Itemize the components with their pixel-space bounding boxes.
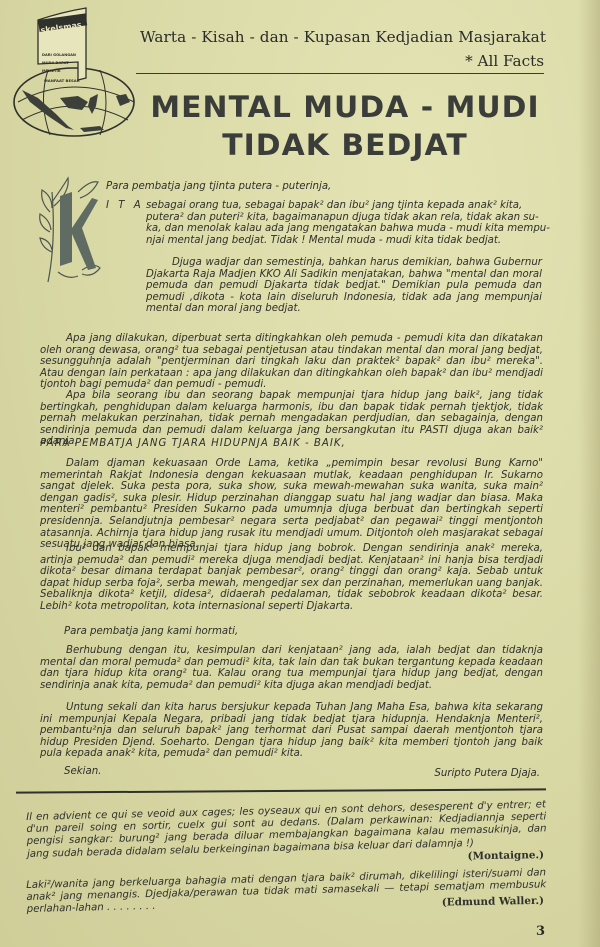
article-paragraph-1: sebagai orang tua, sebagai bapak² dan ib… xyxy=(146,200,542,246)
svg-text:K: K xyxy=(38,172,39,173)
floral-dropcap-k-icon: K xyxy=(38,172,102,284)
article-paragraph-2: Djuga wadjar dan semestinja, bahkan haru… xyxy=(146,257,542,315)
dropcap-continuation: I T A xyxy=(106,200,144,212)
paragraph-line: njai mental jang bedjat. Tidak ! Mental … xyxy=(146,235,542,247)
headline-line-2: TIDAK BEDJAT xyxy=(144,126,546,164)
quote-waller: Laki²/wanita jang berkeluarga bahagia ma… xyxy=(26,867,547,916)
paragraph-line: putera² dan puteri² kita, bagaimanapun d… xyxy=(146,212,542,224)
author-signature: Suripto Putera Djaja. xyxy=(380,768,540,780)
masthead-rule xyxy=(136,73,544,74)
svg-text:DARI GOLANGAN: DARI GOLANGAN xyxy=(42,53,76,57)
article-closing: Sekian. xyxy=(64,766,101,778)
article-paragraph-8: Untung sekali dan kita harus bersjukur k… xyxy=(40,702,543,760)
globe-logo-icon: skelsmas DARI GOLANGAN MUDA DAPAT MEMETI… xyxy=(8,2,138,138)
section-divider xyxy=(16,788,546,793)
article-greeting-2: Para pembatja jang kami hormati, xyxy=(64,626,238,638)
paragraph-line: ka, dan menolak kalau ada jang mengataka… xyxy=(146,223,542,235)
masthead-tagline: Warta - Kisah - dan - Kupasan Kedjadian … xyxy=(140,28,544,46)
article-paragraph-3: Apa jang dilakukan, diperbuat serta diti… xyxy=(40,333,543,391)
page-number: 3 xyxy=(536,924,545,939)
svg-text:MANFAAT BESAR: MANFAAT BESAR xyxy=(44,78,80,83)
article-paragraph-7: Berhubung dengan itu, kesimpulan dari ke… xyxy=(40,645,543,691)
svg-text:MUDA DAPAT: MUDA DAPAT xyxy=(42,61,69,65)
article-paragraph-6: Ibu² dan bapak² mempunjai tjara hidup ja… xyxy=(40,543,543,613)
masthead-subtagline: * All Facts xyxy=(340,52,544,70)
section-heading: PARA PEMBATJA JANG TJARA HIDUPNJA BAIK -… xyxy=(40,438,346,450)
quote-attribution-waller: (Edmund Waller.) xyxy=(410,896,544,910)
quote-attribution-montaigne: (Montaigne.) xyxy=(440,850,544,863)
article-paragraph-5: Dalam djaman kekuasaan Orde Lama, ketika… xyxy=(40,458,543,551)
svg-text:MEMETIK: MEMETIK xyxy=(42,69,61,73)
article-greeting: Para pembatja jang tjinta putera - puter… xyxy=(106,181,331,193)
page-title: MENTAL MUDA - MUDI TIDAK BEDJAT xyxy=(144,88,546,164)
page-edge-shadow xyxy=(578,0,600,947)
magazine-page: skelsmas DARI GOLANGAN MUDA DAPAT MEMETI… xyxy=(0,0,600,947)
paragraph-line: sebagai orang tua, sebagai bapak² dan ib… xyxy=(146,200,542,212)
headline-line-1: MENTAL MUDA - MUDI xyxy=(144,88,546,126)
